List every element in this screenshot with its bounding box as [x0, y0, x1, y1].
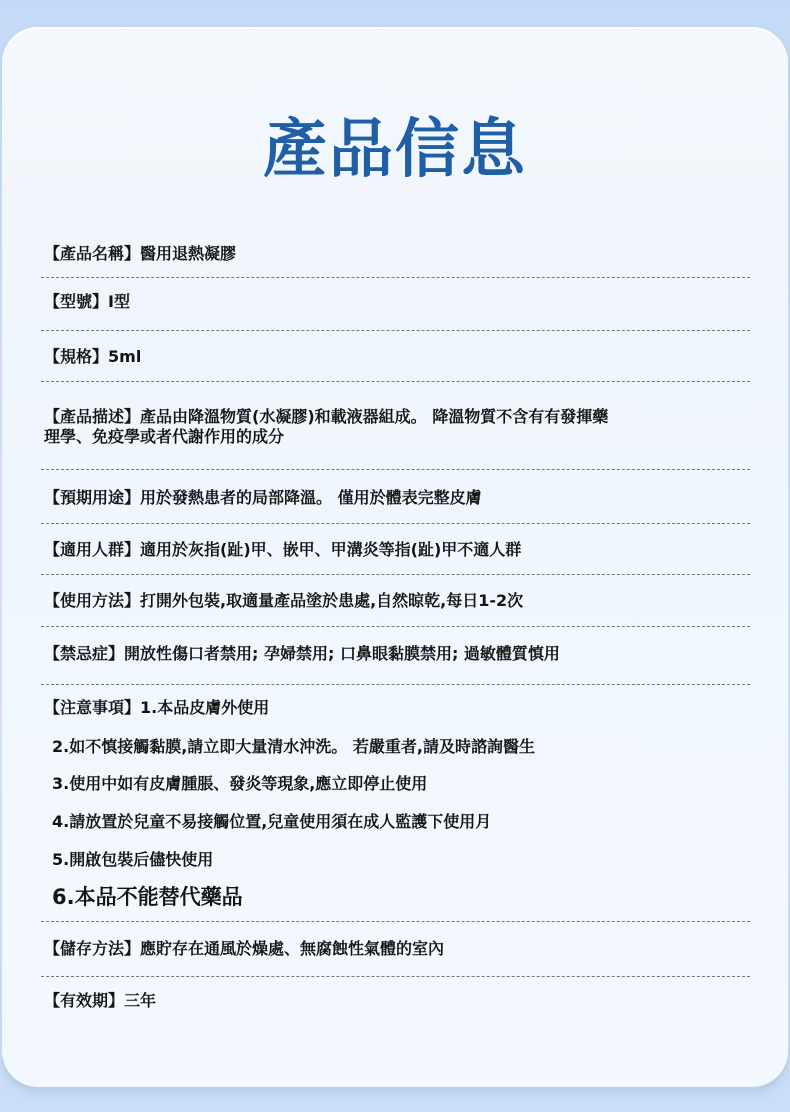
precaution-item-3: 3.使用中如有皮膚腫脹、發炎等現象,應立即停止使用	[52, 774, 427, 794]
product-name-label: 【產品名稱】	[44, 244, 140, 263]
usage-value: 打開外包裝,取適量產品塗於患處,自然晾乾,每日1-2次	[140, 591, 523, 610]
description-value-line2: 理學、免疫學或者代謝作用的成分	[44, 427, 608, 447]
usage-row: 【使用方法】打開外包裝,取適量產品塗於患處,自然晾乾,每日1-2次	[52, 591, 523, 611]
applicable-value: 適用於灰指(趾)甲、嵌甲、甲溝炎等指(趾)甲不適人群	[140, 540, 521, 559]
shelf-life-row: 【有效期】三年	[52, 991, 156, 1011]
divider	[41, 330, 750, 331]
spec-row: 【規格】5ml	[52, 347, 141, 367]
spec-label: 【規格】	[44, 347, 108, 366]
divider	[41, 277, 750, 278]
model-row: 【型號】I型	[52, 292, 130, 312]
shelf-life-label: 【有效期】	[44, 991, 124, 1010]
product-name-row: 【產品名稱】醫用退熱凝膠	[52, 244, 236, 264]
storage-row: 【儲存方法】應貯存在通風於燥處、無腐蝕性氣體的室內	[52, 939, 444, 959]
precautions-label: 【注意事項】	[44, 698, 140, 717]
model-value: I型	[108, 292, 130, 311]
contraindications-label: 【禁忌症】	[44, 644, 124, 663]
usage-label: 【使用方法】	[44, 591, 140, 610]
divider	[41, 684, 750, 685]
contraindications-row: 【禁忌症】開放性傷口者禁用; 孕婦禁用; 口鼻眼黏膜禁用; 過敏體質慎用	[52, 644, 560, 664]
precautions-row: 【注意事項】1.本品皮膚外使用	[52, 698, 269, 718]
intended-use-row: 【預期用途】用於發熱患者的局部降溫。 僅用於體表完整皮膚	[52, 488, 482, 508]
applicable-row: 【適用人群】適用於灰指(趾)甲、嵌甲、甲溝炎等指(趾)甲不適人群	[52, 540, 521, 560]
intended-use-value: 用於發熱患者的局部降溫。 僅用於體表完整皮膚	[140, 488, 482, 507]
description-label: 【產品描述】	[44, 407, 140, 426]
precaution-item-6: 6.本品不能替代藥品	[52, 884, 243, 910]
divider	[41, 921, 750, 922]
divider	[41, 626, 750, 627]
description-value-line1: 產品由降溫物質(水凝膠)和載液器組成。 降溫物質不含有有發揮藥	[140, 407, 608, 426]
precaution-item-2: 2.如不慎接觸黏膜,請立即大量清水沖洗。 若嚴重者,請及時諮詢醫生	[52, 737, 535, 757]
storage-label: 【儲存方法】	[44, 939, 140, 958]
precaution-item-4: 4.請放置於兒童不易接觸位置,兒童使用須在成人監護下使用月	[52, 812, 491, 832]
description-row: 【產品描述】產品由降溫物質(水凝膠)和載液器組成。 降溫物質不含有有發揮藥 理學…	[52, 407, 608, 447]
precaution-item-5: 5.開啟包裝后儘快使用	[52, 850, 213, 870]
product-name-value: 醫用退熱凝膠	[140, 244, 236, 263]
divider	[41, 574, 750, 575]
intended-use-label: 【預期用途】	[44, 488, 140, 507]
applicable-label: 【適用人群】	[44, 540, 140, 559]
contraindications-value: 開放性傷口者禁用; 孕婦禁用; 口鼻眼黏膜禁用; 過敏體質慎用	[124, 644, 560, 663]
storage-value: 應貯存在通風於燥處、無腐蝕性氣體的室內	[140, 939, 444, 958]
spec-value: 5ml	[108, 347, 141, 366]
page-title: 產品信息	[0, 108, 790, 192]
precaution-item-1: 1.本品皮膚外使用	[140, 698, 269, 717]
shelf-life-value: 三年	[124, 991, 156, 1010]
divider	[41, 469, 750, 470]
divider	[41, 523, 750, 524]
model-label: 【型號】	[44, 292, 108, 311]
divider	[41, 381, 750, 382]
divider	[41, 976, 750, 977]
